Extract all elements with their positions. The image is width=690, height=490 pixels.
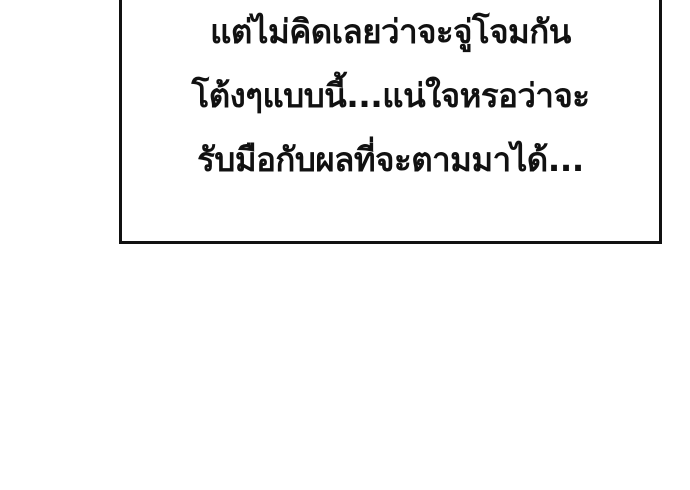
caption-box: แต่ไม่คิดเลยว่าจะจู่โจมกัน โต้งๆแบบนี้..… [119,0,662,244]
caption-line-3: รับมือกับผลที่จะตามมาได้... [122,128,659,192]
caption-text: แต่ไม่คิดเลยว่าจะจู่โจมกัน โต้งๆแบบนี้..… [122,0,659,192]
caption-line-2: โต้งๆแบบนี้...แน่ใจหรอว่าจะ [122,64,659,128]
comic-panel: แต่ไม่คิดเลยว่าจะจู่โจมกัน โต้งๆแบบนี้..… [0,0,690,490]
caption-line-1: แต่ไม่คิดเลยว่าจะจู่โจมกัน [122,0,659,64]
